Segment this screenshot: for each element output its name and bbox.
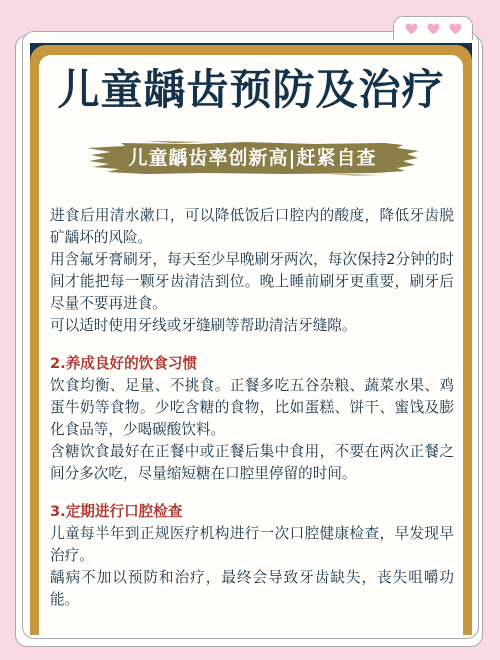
content-panel: 儿童龋齿预防及治疗 儿童龋齿率创新高|赶紧自查 进食后用清水漱口，可以降低饭后口… [39,55,463,635]
paragraph: 饮食均衡、足量、不挑食。正餐多吃五谷杂粮、蔬菜水果、鸡蛋牛奶等食物。少吃含糖的食… [50,375,454,441]
section-heading: 3.定期进行口腔检查 [50,501,454,523]
page-title: 儿童龋齿预防及治疗 [39,69,463,111]
paragraph: 用含氟牙膏刷牙，每天至少早晚刷牙两次，每次保持2分钟的时间才能把每一颗牙齿清洁到… [50,249,454,315]
paragraph: 含糖饮食最好在正餐中或正餐后集中食用，不要在两次正餐之间分多次吃，尽量缩短糖在口… [50,441,454,485]
heart-tab [393,16,473,40]
heart-icon [405,23,418,35]
paragraph: 进食后用清水漱口，可以降低饭后口腔内的酸度，降低牙齿脱矿龋坏的风险。 [50,205,454,249]
subtitle-banner: 儿童龋齿率创新高|赶紧自查 [85,140,420,176]
heart-icon [449,23,462,35]
section-2: 2.养成良好的饮食习惯 饮食均衡、足量、不挑食。正餐多吃五谷杂粮、蔬菜水果、鸡蛋… [50,353,454,485]
paragraph: 儿童每半年到正规医疗机构进行一次口腔健康检查，早发现早治疗。 [50,523,454,567]
section-heading: 2.养成良好的饮食习惯 [50,353,454,375]
subtitle-text: 儿童龋齿率创新高|赶紧自查 [85,140,420,176]
article-body: 进食后用清水漱口，可以降低饭后口腔内的酸度，降低牙齿脱矿龋坏的风险。 用含氟牙膏… [50,205,454,611]
paragraph: 可以适时使用牙线或牙缝刷等帮助清洁牙缝隙。 [50,315,454,337]
paragraph: 龋病不加以预防和治疗，最终会导致牙齿缺失，丧失咀嚼功能。 [50,567,454,611]
section-1: 进食后用清水漱口，可以降低饭后口腔内的酸度，降低牙齿脱矿龋坏的风险。 用含氟牙膏… [50,205,454,337]
section-3: 3.定期进行口腔检查 儿童每半年到正规医疗机构进行一次口腔健康检查，早发现早治疗… [50,501,454,611]
heart-icon [427,23,440,35]
